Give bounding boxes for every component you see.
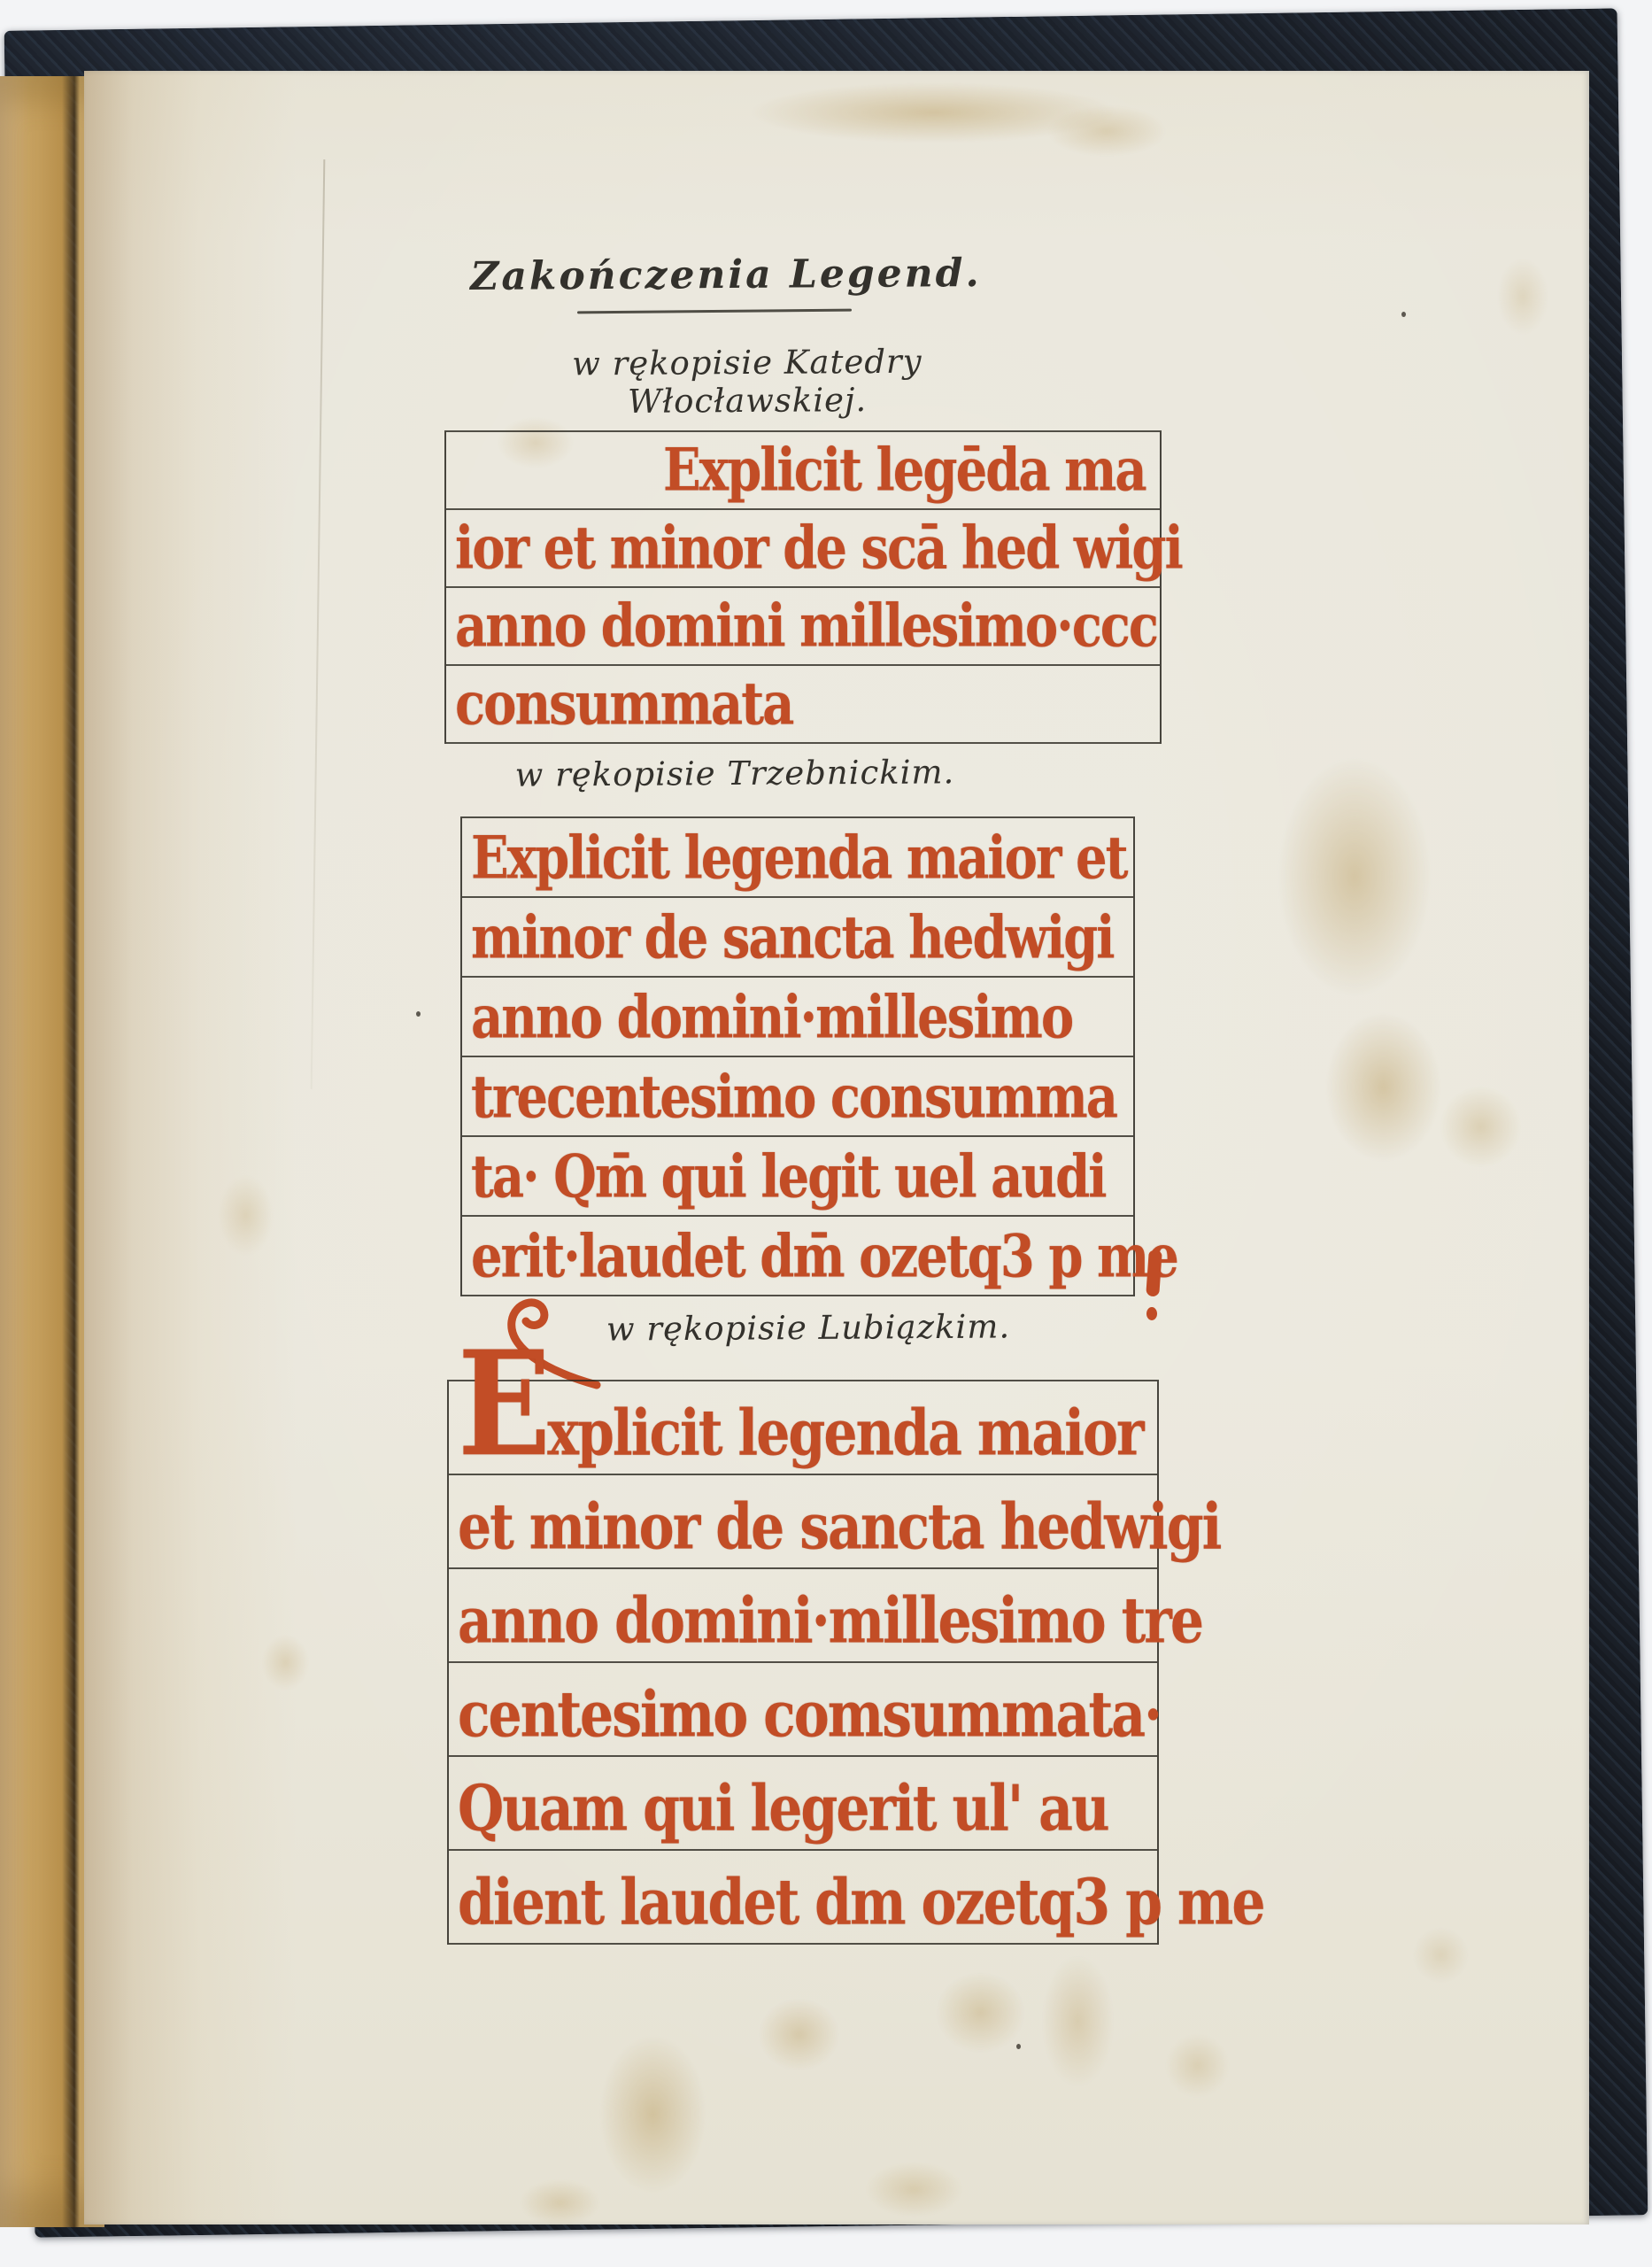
manuscript-line: et minor de sancta hedwigi bbox=[458, 1490, 1220, 1564]
manuscript-caption-trzebnica: w rękopisie Trzebnickim. bbox=[469, 753, 1000, 794]
manuscript-line: Explicit legēda ma bbox=[663, 436, 1146, 505]
ruled-row: Explicit legenda maior bbox=[449, 1381, 1157, 1475]
ruled-row: minor de sancta hedwigi bbox=[462, 898, 1133, 978]
page-title: Zakończenia Legend. bbox=[460, 251, 992, 299]
ruled-row: Explicit legēda ma bbox=[446, 432, 1160, 510]
manuscript-caption-lubiaz: w rękopisie Lubiązkim. bbox=[543, 1307, 1074, 1349]
stain-mark bbox=[863, 2161, 965, 2218]
stain-mark bbox=[261, 1634, 310, 1691]
stain-mark bbox=[1045, 104, 1169, 158]
stain-mark bbox=[934, 1970, 1027, 2054]
ruled-row: consummata bbox=[446, 666, 1160, 744]
red-exclamation-dot bbox=[1146, 1307, 1157, 1320]
manuscript-line: anno domini millesimo·ccc bbox=[455, 592, 1157, 661]
manuscript-line: ior et minor de scā hed wigi bbox=[455, 514, 1182, 583]
ink-speck bbox=[1016, 2044, 1021, 2049]
ruled-row: ior et minor de scā hed wigi bbox=[446, 510, 1160, 588]
ruled-row: trecentesimo consumma bbox=[462, 1057, 1133, 1137]
manuscript-caption-wloclawek: w rękopisie Katedry Włocławskiej. bbox=[482, 342, 1014, 422]
stain-mark bbox=[1040, 1953, 1115, 2090]
manuscript-excerpt-trzebnica: Explicit legenda maior et minor de sanct… bbox=[460, 816, 1135, 1296]
manuscript-line: minor de sancta hedwigi bbox=[471, 903, 1114, 972]
manuscript-excerpt-lubiaz: Explicit legenda maior et minor de sanct… bbox=[447, 1380, 1159, 1945]
stain-mark bbox=[1275, 753, 1434, 1001]
stain-mark bbox=[518, 2178, 602, 2227]
manuscript-line: centesimo comsummata· bbox=[458, 1678, 1161, 1752]
manuscript-line: anno domini·millesimo tre bbox=[458, 1584, 1202, 1658]
ruled-row: centesimo comsummata· bbox=[449, 1663, 1157, 1757]
ink-speck bbox=[416, 1011, 421, 1017]
ruled-row: Quam qui legerit ul' au bbox=[449, 1757, 1157, 1851]
ruled-row: anno domini·millesimo tre bbox=[449, 1569, 1157, 1663]
ink-speck bbox=[1401, 312, 1406, 317]
manuscript-line-illuminated: Explicit legenda maior bbox=[458, 1352, 1143, 1470]
book-photo: Zakończenia Legend. w rękopisie Katedry … bbox=[0, 0, 1652, 2267]
stain-mark bbox=[1412, 1926, 1470, 1984]
ruled-row: anno domini·millesimo bbox=[462, 978, 1133, 1057]
manuscript-excerpt-wloclawek: Explicit legēda ma ior et minor de scā h… bbox=[444, 430, 1162, 744]
manuscript-line: trecentesimo consumma bbox=[471, 1063, 1116, 1132]
ruled-row: erit·laudet dm̄ ozetq3 p me bbox=[462, 1217, 1133, 1296]
stain-mark bbox=[1439, 1085, 1523, 1169]
manuscript-line: erit·laudet dm̄ ozetq3 p me bbox=[471, 1222, 1177, 1291]
manuscript-line: consummata bbox=[455, 669, 792, 739]
stain-mark bbox=[1324, 1010, 1443, 1164]
manuscript-line: anno domini·millesimo bbox=[471, 983, 1072, 1052]
ruled-row: et minor de sancta hedwigi bbox=[449, 1475, 1157, 1569]
ruled-row: Explicit legenda maior et bbox=[462, 818, 1133, 898]
ruled-row: dient laudet dm ozetq3 p me bbox=[449, 1851, 1157, 1945]
stain-mark bbox=[757, 1997, 841, 2072]
ruled-row: anno domini millesimo·ccc bbox=[446, 588, 1160, 666]
ruled-row: ta· Qm̄ qui legit uel audi bbox=[462, 1137, 1133, 1217]
manuscript-line: ta· Qm̄ qui legit uel audi bbox=[471, 1142, 1106, 1211]
stain-mark bbox=[217, 1173, 274, 1257]
stain-mark bbox=[598, 2032, 708, 2196]
manuscript-line: Quam qui legerit ul' au bbox=[458, 1772, 1108, 1845]
manuscript-line: dient laudet dm ozetq3 p me bbox=[458, 1866, 1264, 1939]
stain-mark bbox=[1496, 257, 1549, 337]
manuscript-line: Explicit legenda maior et bbox=[471, 824, 1127, 893]
stain-mark bbox=[1164, 2032, 1231, 2099]
